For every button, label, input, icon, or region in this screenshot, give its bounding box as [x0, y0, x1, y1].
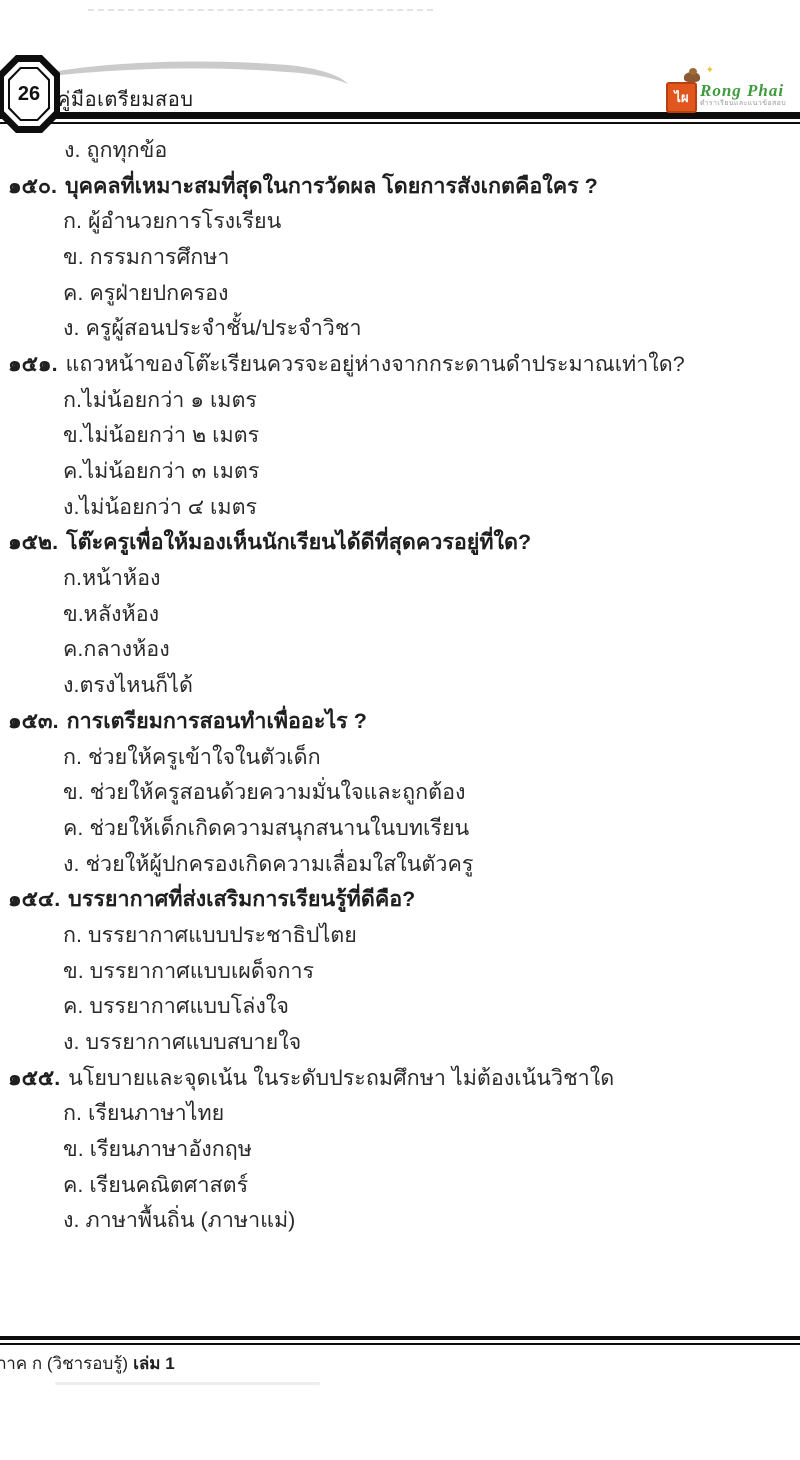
- orphan-choice-line: ง. ถูกทุกข้อ: [0, 132, 800, 168]
- choice-line: ค.ไม่น้อยกว่า ๓ เมตร: [0, 453, 800, 489]
- choice-line: ง.ตรงไหนก็ได้: [0, 667, 800, 703]
- question-line: ๑๕๒.โต๊ะครูเพื่อให้มองเห็นนักเรียนได้ดีท…: [0, 525, 800, 561]
- question-text: บุคคลที่เหมาะสมที่สุดในการวัดผล โดยการสั…: [65, 169, 598, 203]
- choice-line: ก. ช่วยให้ครูเข้าใจในตัวเด็ก: [0, 739, 800, 775]
- choice-line: ก.ไม่น้อยกว่า ๑ เมตร: [0, 382, 800, 418]
- choice-line: ข. บรรยากาศแบบเผด็จการ: [0, 953, 800, 989]
- choice-line: ง.ไม่น้อยกว่า ๔ เมตร: [0, 489, 800, 525]
- sparkle-icon: ✦: [706, 65, 714, 76]
- question-line: ๑๕๓.การเตรียมการสอนทำเพื่ออะไร ?: [0, 703, 800, 739]
- choice-line: ค. เรียนคณิตศาสตร์: [0, 1167, 800, 1203]
- choice-line: ข.ไม่น้อยกว่า ๒ เมตร: [0, 418, 800, 454]
- choice-line: ข.หลังห้อง: [0, 596, 800, 632]
- document-page: 26 คู่มือเตรียมสอบ ✦ ไผ Rong Phai ตำราเร…: [0, 0, 800, 1460]
- choice-line: ข. ช่วยให้ครูสอนด้วยความมั่นใจและถูกต้อง: [0, 774, 800, 810]
- question-number: ๑๕๔.: [8, 882, 60, 916]
- choice-line: ค. ครูฝ่ายปกครอง: [0, 275, 800, 311]
- page-number: 26: [0, 55, 60, 133]
- choice-line: ก. บรรยากาศแบบประชาธิปไตย: [0, 917, 800, 953]
- scan-artifact-bottom: [55, 1382, 320, 1385]
- question-text: การเตรียมการสอนทำเพื่ออะไร ?: [67, 704, 367, 738]
- choice-line: ง. ครูผู้สอนประจำชั้น/ประจำวิชา: [0, 310, 800, 346]
- question-line: ๑๕๐.บุคคลที่เหมาะสมที่สุดในการวัดผล โดยก…: [0, 168, 800, 204]
- page-number-badge: 26: [0, 55, 60, 133]
- question-line: ๑๕๑.แถวหน้าของโต๊ะเรียนควรจะอยู่ห่างจากก…: [0, 346, 800, 382]
- choice-line: ง. ช่วยให้ผู้ปกครองเกิดความเลื่อมใสในตัว…: [0, 846, 800, 882]
- question-number: ๑๕๓.: [8, 704, 59, 738]
- logo-tagline: ตำราเรียนและแนวข้อสอบ: [700, 100, 786, 108]
- logo-box-icon: ไผ: [666, 82, 697, 113]
- footer-volume-label: เล่ม 1: [133, 1354, 175, 1373]
- choice-line: ก. ผู้อำนวยการโรงเรียน: [0, 203, 800, 239]
- header-title: คู่มือเตรียมสอบ: [57, 83, 193, 115]
- footer-rule-thick: [0, 1336, 800, 1340]
- choice-line: ข. กรรมการศึกษา: [0, 239, 800, 275]
- choice-line: ค. ช่วยให้เด็กเกิดความสนุกสนานในบทเรียน: [0, 810, 800, 846]
- choice-line: ก. เรียนภาษาไทย: [0, 1096, 800, 1132]
- footer-text: ภาค ก (วิชารอบรู้)เล่ม 1: [0, 1350, 175, 1377]
- rongphai-logo: ✦ ไผ Rong Phai ตำราเรียนและแนวข้อสอบ: [666, 72, 794, 118]
- question-line: ๑๕๔.บรรยากาศที่ส่งเสริมการเรียนรู้ที่ดีค…: [0, 881, 800, 917]
- logo-brand-name: Rong Phai: [700, 82, 786, 100]
- header-rule-thin: [0, 122, 800, 124]
- choice-line: ค. บรรยากาศแบบโล่งใจ: [0, 989, 800, 1025]
- question-text: นโยบายและจุดเน้น ในระดับประถมศึกษา ไม่ต้…: [68, 1061, 614, 1095]
- logo-text-block: Rong Phai ตำราเรียนและแนวข้อสอบ: [700, 82, 786, 108]
- choice-line: ง. ภาษาพื้นถิ่น (ภาษาแม่): [0, 1203, 800, 1239]
- logo-row: ไผ Rong Phai ตำราเรียนและแนวข้อสอบ: [666, 82, 786, 113]
- question-line: ๑๕๕.นโยบายและจุดเน้น ในระดับประถมศึกษา ไ…: [0, 1060, 800, 1096]
- question-number: ๑๕๕.: [8, 1061, 60, 1095]
- question-text: บรรยากาศที่ส่งเสริมการเรียนรู้ที่ดีคือ?: [68, 882, 415, 916]
- logo-mascot-icon: ✦: [680, 68, 714, 82]
- question-text: แถวหน้าของโต๊ะเรียนควรจะอยู่ห่างจากกระดา…: [66, 347, 685, 381]
- choice-line: ข. เรียนภาษาอังกฤษ: [0, 1131, 800, 1167]
- choice-line: ง. บรรยากาศแบบสบายใจ: [0, 1024, 800, 1060]
- choice-line: ค.กลางห้อง: [0, 632, 800, 668]
- scan-artifact-top: [88, 9, 433, 11]
- question-list: ง. ถูกทุกข้อ ๑๕๐.บุคคลที่เหมาะสมที่สุดใน…: [0, 132, 800, 1238]
- footer-rule-thin: [0, 1343, 800, 1345]
- question-number: ๑๕๑.: [8, 347, 58, 381]
- footer-section-label: ภาค ก (วิชารอบรู้): [0, 1354, 128, 1373]
- question-text: โต๊ะครูเพื่อให้มองเห็นนักเรียนได้ดีที่สุ…: [66, 525, 531, 559]
- choice-line: ก.หน้าห้อง: [0, 560, 800, 596]
- mascot-head-shape: [689, 68, 697, 75]
- question-number: ๑๕๐.: [8, 169, 57, 203]
- question-number: ๑๕๒.: [8, 525, 58, 559]
